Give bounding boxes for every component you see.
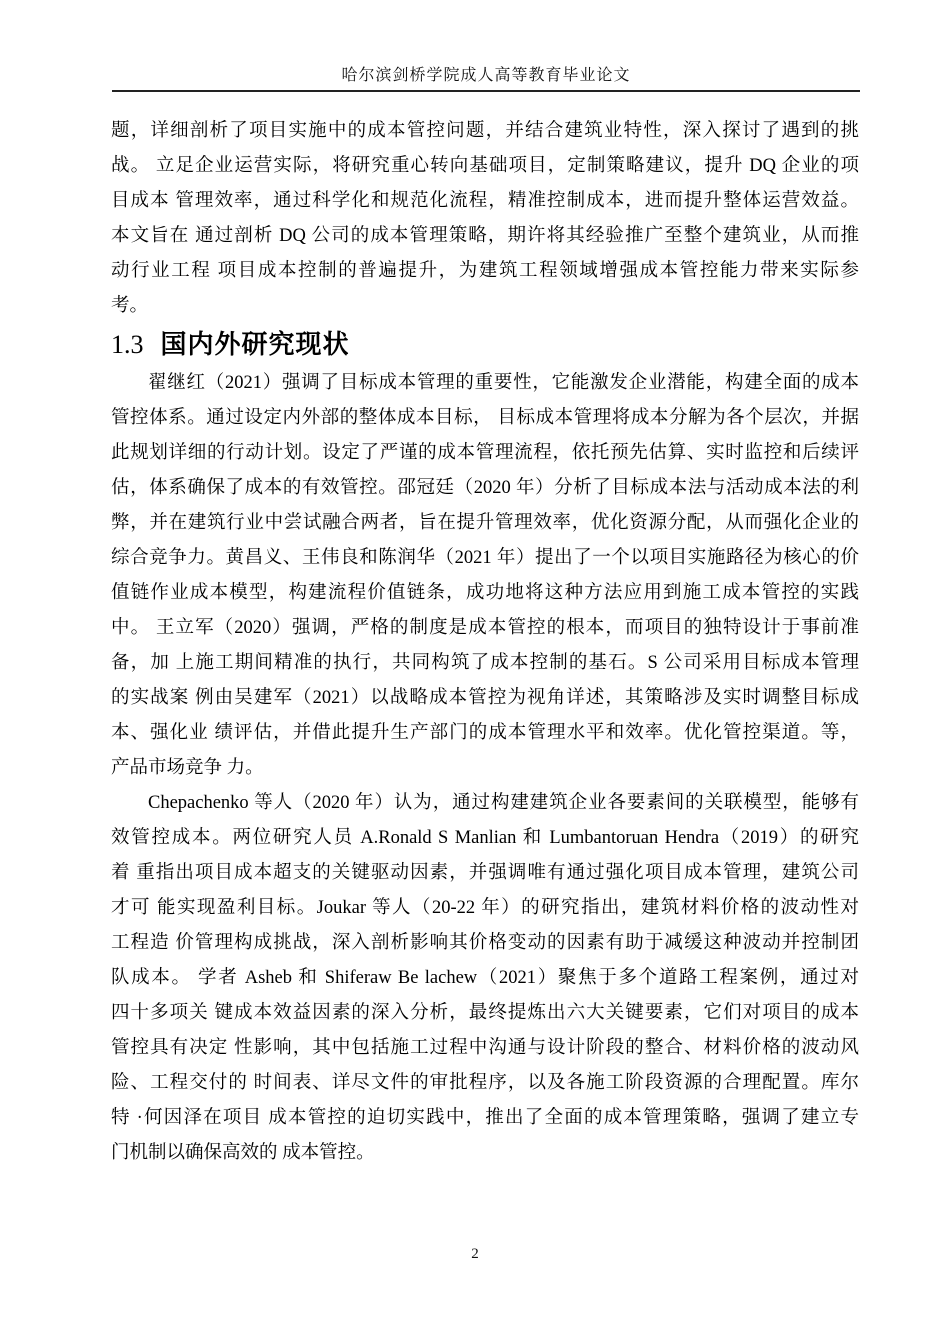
text-line: 管控具有决定 性影响，其中包括施工过程中沟通与设计阶段的整合、材料价格的波动风 — [111, 1031, 859, 1066]
text-line: 弊，并在建筑行业中尝试融合两者，旨在提升管理效率，优化资源分配，从而强化企业的 — [111, 506, 859, 541]
text-line: 动行业工程 项目成本控制的普遍提升，为建筑工程领域增强成本管控能力带来实际参 — [111, 254, 859, 289]
text-line: 管控体系。通过设定内外部的整体成本目标， 目标成本管理将成本分解为各个层次，并据 — [111, 401, 859, 436]
text-line: 产品市场竞争 力。 — [111, 751, 859, 786]
text-line: 中。 王立军（2020）强调，严格的制度是成本管控的根本，而项目的独特设计于事前… — [111, 611, 859, 646]
text-line: 题，详细剖析了项目实施中的成本管控问题，并结合建筑业特性，深入探讨了遇到的挑 — [111, 114, 859, 149]
page-number: 2 — [0, 1244, 950, 1264]
heading-text: 国内外研究现状 — [161, 329, 350, 359]
text-line: 效管控成本。两位研究人员 A.Ronald S Manlian 和 Lumban… — [111, 821, 859, 856]
heading-number: 1.3 — [111, 330, 144, 359]
document-page: 哈尔滨剑桥学院成人高等教育毕业论文 题，详细剖析了项目实施中的成本管控问题，并结… — [0, 0, 950, 1344]
text-line: 特 ·何因泽在项目 成本管控的迫切实践中，推出了全面的成本管理策略，强调了建立专 — [111, 1101, 859, 1136]
text-line: 目成本 管理效率，通过科学化和规范化流程，精准控制成本，进而提升整体运营效益。 — [111, 184, 859, 219]
text-line: 四十多项关 键成本效益因素的深入分析，最终提炼出六大关键要素，它们对项目的成本 — [111, 996, 859, 1031]
document-body: 题，详细剖析了项目实施中的成本管控问题，并结合建筑业特性，深入探讨了遇到的挑战。… — [111, 114, 859, 1171]
text-line: Chepachenko 等人（2020 年）认为，通过构建建筑企业各要素间的关联… — [111, 786, 859, 821]
text-line: 综合竞争力。黄昌义、王伟良和陈润华（2021 年）提出了一个以项目实施路径为核心… — [111, 541, 859, 576]
text-line: 考。 — [111, 289, 859, 324]
text-line: 本、强化业 绩评估，并借此提升生产部门的成本管理水平和效率。优化管控渠道。等， — [111, 716, 859, 751]
text-line: 着 重指出项目成本超支的关键驱动因素，并强调唯有通过强化项目成本管理，建筑公司 — [111, 856, 859, 891]
paragraph: Chepachenko 等人（2020 年）认为，通过构建建筑企业各要素间的关联… — [111, 786, 859, 1171]
text-line: 战。 立足企业运营实际，将研究重心转向基础项目，定制策略建议，提升 DQ 企业的… — [111, 149, 859, 184]
text-line: 险、工程交付的 时间表、详尽文件的审批程序，以及各施工阶段资源的合理配置。库尔 — [111, 1066, 859, 1101]
text-line: 工程造 价管理构成挑战，深入剖析影响其价格变动的因素有助于减缓这种波动并控制团 — [111, 926, 859, 961]
text-line: 值链作业成本模型，构建流程价值链条，成功地将这种方法应用到施工成本管控的实践 — [111, 576, 859, 611]
text-line: 备，加 上施工期间精准的执行，共同构筑了成本控制的基石。S 公司采用目标成本管理 — [111, 646, 859, 681]
text-line: 估，体系确保了成本的有效管控。邵冠廷（2020 年）分析了目标成本法与活动成本法… — [111, 471, 859, 506]
text-line: 翟继红（2021）强调了目标成本管理的重要性，它能激发企业潜能，构建全面的成本 — [111, 366, 859, 401]
text-line: 本文旨在 通过剖析 DQ 公司的成本管理策略，期许将其经验推广至整个建筑业，从而… — [111, 219, 859, 254]
page-header-title: 哈尔滨剑桥学院成人高等教育毕业论文 — [112, 66, 860, 86]
header-divider — [112, 90, 860, 92]
paragraph: 题，详细剖析了项目实施中的成本管控问题，并结合建筑业特性，深入探讨了遇到的挑战。… — [111, 114, 859, 324]
text-line: 此规划详细的行动计划。设定了严谨的成本管理流程，依托预先估算、实时监控和后续评 — [111, 436, 859, 471]
section-heading: 1.3国内外研究现状 — [111, 326, 859, 362]
paragraph: 翟继红（2021）强调了目标成本管理的重要性，它能激发企业潜能，构建全面的成本管… — [111, 366, 859, 786]
text-line: 才可 能实现盈利目标。Joukar 等人（20-22 年）的研究指出，建筑材料价… — [111, 891, 859, 926]
text-line: 队成本。 学者 Asheb 和 Shiferaw Be lachew（2021）… — [111, 961, 859, 996]
text-line: 门机制以确保高效的 成本管控。 — [111, 1136, 859, 1171]
text-line: 的实战案 例由吴建军（2021）以战略成本管控为视角详述，其策略涉及实时调整目标… — [111, 681, 859, 716]
